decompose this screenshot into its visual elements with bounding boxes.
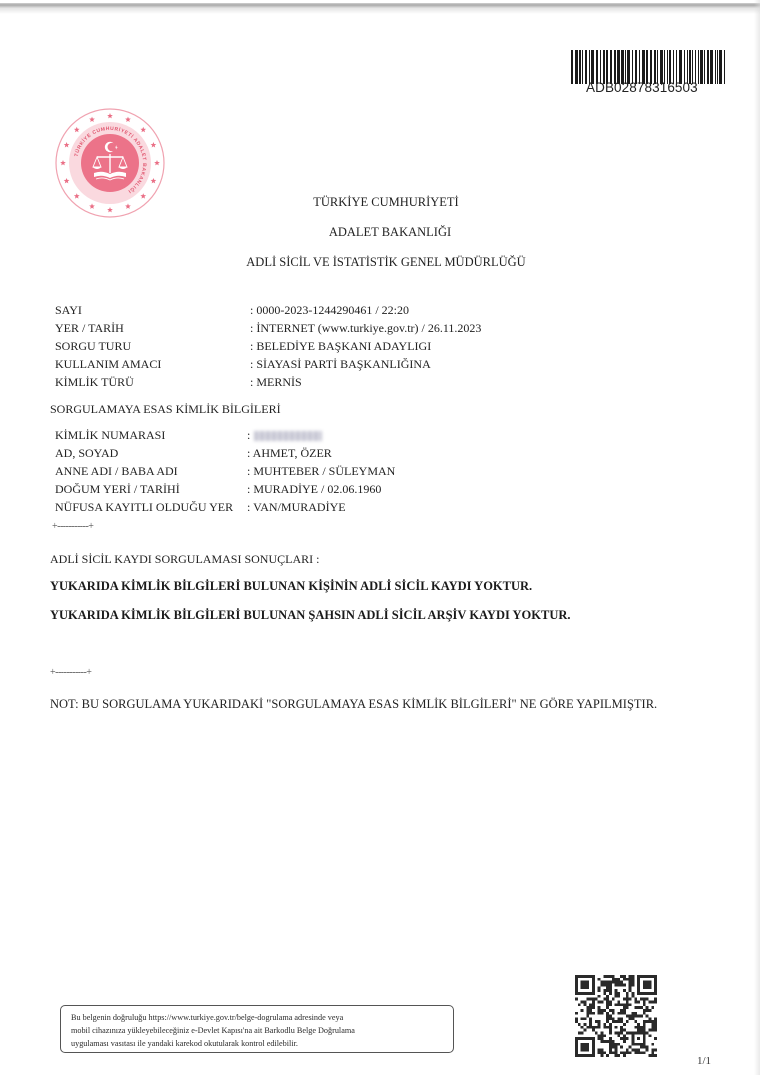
page-number: 1/1 xyxy=(697,1055,711,1067)
info-label: SAYI xyxy=(55,303,82,318)
barcode-icon xyxy=(570,50,728,84)
info-value: : SİAYASİ PARTİ BAŞKANLIĞINA xyxy=(250,357,431,372)
results-title: ADLİ SİCİL KAYDI SORGULAMASI SONUÇLARI : xyxy=(50,552,319,567)
result-line-adli-sicil: YUKARIDA KİMLİK BİLGİLERİ BULUNAN KİŞİNİ… xyxy=(50,579,532,594)
verification-notice: Bu belgenin doğruluğu https://www.turkiy… xyxy=(60,1005,454,1053)
header-country: TÜRKİYE CUMHURİYETİ xyxy=(6,195,760,210)
identity-value: : VAN/MURADİYE xyxy=(247,500,346,515)
header-ministry: ADALET BAKANLIĞI xyxy=(10,225,760,240)
page-edge-shadow xyxy=(754,0,760,1075)
info-value: : MERNİS xyxy=(250,375,302,390)
identity-value: : MURADİYE / 02.06.1960 xyxy=(247,482,381,497)
info-label: YER / TARİH xyxy=(55,321,124,336)
redacted-id-number xyxy=(254,431,322,441)
info-value: : BELEDİYE BAŞKANI ADAYLIGI xyxy=(250,339,431,354)
verification-line: Bu belgenin doğruluğu https://www.turkiy… xyxy=(71,1011,443,1024)
verification-line: uygulaması vasıtası ile yandaki karekod … xyxy=(71,1037,443,1050)
identity-value: : AHMET, ÖZER xyxy=(247,446,332,461)
identity-value: : MUHTEBER / SÜLEYMAN xyxy=(247,464,395,479)
separator: +-----------+ xyxy=(52,521,93,532)
barcode-number: ADB02878316503 xyxy=(586,80,726,95)
result-line-arsiv: YUKARIDA KİMLİK BİLGİLERİ BULUNAN ŞAHSIN… xyxy=(50,608,571,623)
identity-value: : xyxy=(247,428,322,443)
info-label: KİMLİK TÜRÜ xyxy=(55,375,134,390)
separator: +-----------+ xyxy=(50,667,91,678)
qr-code-icon[interactable] xyxy=(575,975,657,1057)
verification-line: mobil cihazınıza yükleyebileceğiniz e-De… xyxy=(71,1024,443,1037)
identity-label: KİMLİK NUMARASI xyxy=(55,428,165,443)
info-value: : İNTERNET (www.turkiye.gov.tr) / 26.11.… xyxy=(250,321,481,336)
info-label: SORGU TURU xyxy=(55,339,131,354)
info-value: : 0000-2023-1244290461 / 22:20 xyxy=(250,303,409,318)
scan-edge-shadow xyxy=(0,8,760,14)
identity-section-title: SORGULAMAYA ESAS KİMLİK BİLGİLERİ xyxy=(50,402,281,417)
identity-label: DOĞUM YERİ / TARİHİ xyxy=(55,482,180,497)
info-label: KULLANIM AMACI xyxy=(55,357,161,372)
note-text: NOT: BU SORGULAMA YUKARIDAKİ "SORGULAMAY… xyxy=(50,697,657,712)
identity-label: ANNE ADI / BABA ADI xyxy=(55,464,178,479)
identity-label: AD, SOYAD xyxy=(55,446,118,461)
header-directorate: ADLİ SİCİL VE İSTATİSTİK GENEL MÜDÜRLÜĞÜ xyxy=(6,255,760,270)
identity-label: NÜFUSA KAYITLI OLDUĞU YER xyxy=(55,500,233,515)
